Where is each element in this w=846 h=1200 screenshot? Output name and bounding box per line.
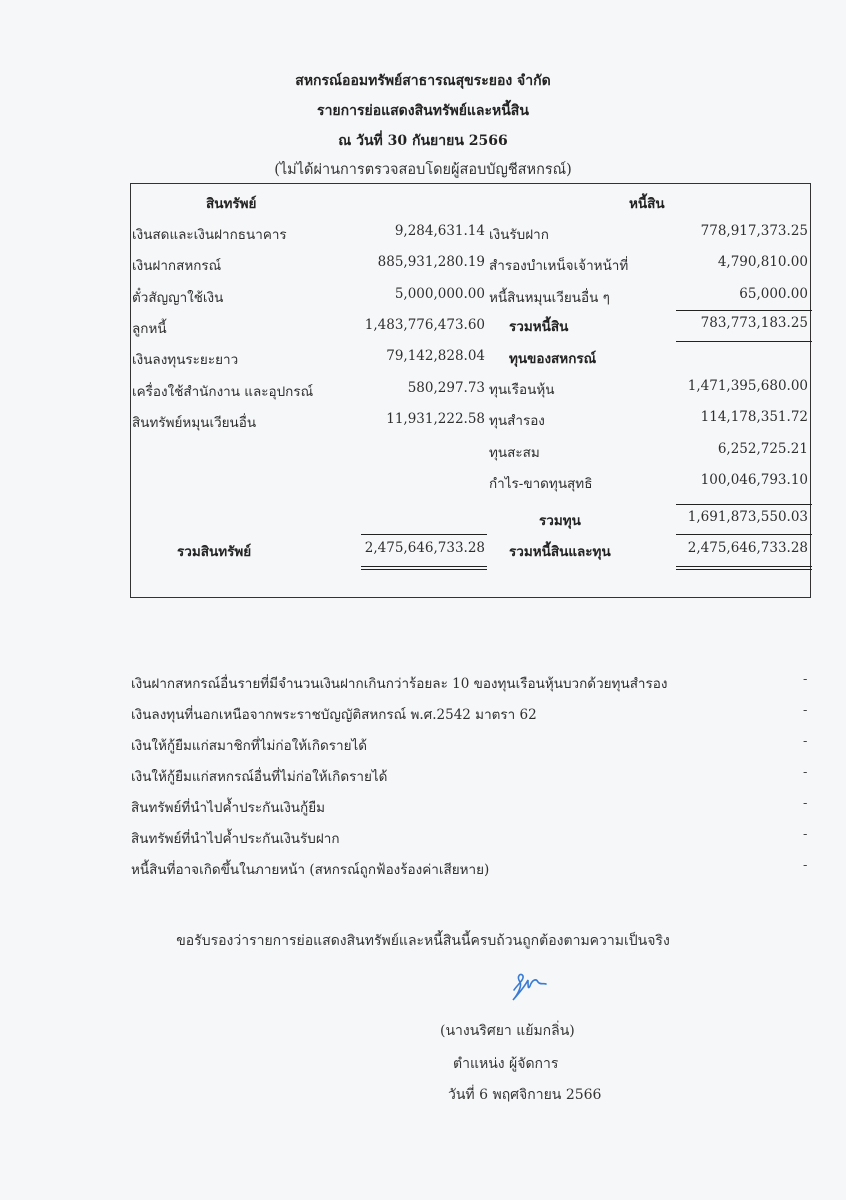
asset-item-label: เงินสดและเงินฝากธนาคาร (132, 223, 287, 245)
equity-item-label: ทุนเรือนหุ้น (489, 378, 554, 400)
asset-item-label: เงินฝากสหกรณ์ (132, 254, 221, 276)
signature-date: วันที่ 6 พฤศจิกายน 2566 (448, 1084, 601, 1106)
note-item-value: - (803, 703, 807, 718)
assets-total-label: รวมสินทรัพย์ (177, 540, 251, 562)
liabilities-total-value: 783,773,183.25 (676, 315, 808, 331)
note-item-label: สินทรัพย์ที่นำไปค้ำประกันเงินรับฝาก (131, 827, 340, 849)
liability-item-value: 65,000.00 (676, 286, 808, 302)
note-item-value: - (803, 858, 807, 873)
note-item-value: - (803, 734, 807, 749)
note-item-value: - (803, 827, 807, 842)
liabilities-subtotal-rule (676, 310, 812, 311)
asset-item-label: เครื่องใช้สำนักงาน และอุปกรณ์ (132, 380, 313, 402)
liabilities-total-rule (676, 341, 812, 342)
signature-mark (508, 970, 548, 1006)
note-item-label: เงินลงทุนที่นอกเหนือจากพระราชบัญญัติสหกร… (131, 703, 537, 725)
assets-total-value: 2,475,646,733.28 (361, 540, 485, 556)
equity-heading: ทุนของสหกรณ์ (509, 347, 596, 369)
note-item-value: - (803, 672, 807, 687)
note-item-value: - (803, 765, 807, 780)
equity-item-value: 100,046,793.10 (676, 472, 808, 488)
asset-item-label: สินทรัพย์หมุนเวียนอื่น (132, 411, 256, 433)
equity-subtotal-rule (676, 504, 812, 505)
assets-total-double-rule (361, 566, 487, 570)
equity-item-value: 1,471,395,680.00 (676, 378, 808, 394)
as-of-date: ณ วันที่ 30 กันยายน 2566 (0, 130, 846, 152)
note-item-label: เงินให้กู้ยืมแก่สมาชิกที่ไม่ก่อให้เกิดรา… (131, 734, 367, 756)
balance-sheet-table: สินทรัพย์ หนี้สิน เงินสดและเงินฝากธนาคาร… (130, 183, 811, 598)
signatory-name: (นางนริศยา แย้มกลิ่น) (440, 1020, 575, 1042)
grand-total-value: 2,475,646,733.28 (676, 540, 808, 556)
report-title: รายการย่อแสดงสินทรัพย์และหนี้สิน (0, 100, 846, 122)
asset-item-value: 1,483,776,473.60 (331, 317, 485, 333)
equity-item-label: ทุนสำรอง (489, 409, 545, 431)
certification-statement: ขอรับรองว่ารายการย่อแสดงสินทรัพย์และหนี้… (0, 930, 846, 952)
assets-subtotal-rule (361, 534, 487, 535)
assets-heading: สินทรัพย์ (206, 192, 256, 214)
equity-total-label: รวมทุน (539, 509, 581, 531)
note-item-label: หนี้สินที่อาจเกิดขึ้นในภายหน้า (สหกรณ์ถู… (131, 858, 489, 880)
liability-item-value: 778,917,373.25 (676, 223, 808, 239)
liability-item-label: สำรองบำเหน็จเจ้าหน้าที่ (489, 254, 628, 276)
equity-item-label: กำไร-ขาดทุนสุทธิ (489, 472, 592, 494)
note-item-value: - (803, 796, 807, 811)
asset-item-value: 9,284,631.14 (331, 223, 485, 239)
liabilities-total-label: รวมหนี้สิน (509, 315, 568, 337)
equity-item-label: ทุนสะสม (489, 441, 540, 463)
liabilities-heading: หนี้สิน (629, 192, 665, 214)
note-item-label: เงินให้กู้ยืมแก่สหกรณ์อื่นที่ไม่ก่อให้เก… (131, 765, 387, 787)
asset-item-value: 5,000,000.00 (331, 286, 485, 302)
asset-item-value: 79,142,828.04 (331, 348, 485, 364)
liability-item-label: หนี้สินหมุนเวียนอื่น ๆ (489, 286, 610, 308)
equity-total-rule (676, 534, 812, 535)
asset-item-value: 580,297.73 (331, 380, 485, 396)
note-item-label: เงินฝากสหกรณ์อื่นรายที่มีจำนวนเงินฝากเกิ… (131, 672, 667, 694)
equity-total-value: 1,691,873,550.03 (676, 509, 808, 525)
liability-item-label: เงินรับฝาก (489, 223, 549, 245)
note-item-label: สินทรัพย์ที่นำไปค้ำประกันเงินกู้ยืม (131, 796, 325, 818)
org-name: สหกรณ์ออมทรัพย์สาธารณสุขระยอง จำกัด (0, 70, 846, 92)
grand-total-double-rule (676, 566, 812, 570)
equity-item-value: 6,252,725.21 (676, 441, 808, 457)
asset-item-label: ตั๋วสัญญาใช้เงิน (132, 286, 223, 308)
liability-item-value: 4,790,810.00 (676, 254, 808, 270)
audit-note: (ไม่ได้ผ่านการตรวจสอบโดยผู้สอบบัญชีสหกรณ… (0, 158, 846, 181)
asset-item-label: ลูกหนี้ (132, 317, 167, 339)
asset-item-label: เงินลงทุนระยะยาว (132, 348, 238, 370)
equity-item-value: 114,178,351.72 (676, 409, 808, 425)
asset-item-value: 885,931,280.19 (331, 254, 485, 270)
grand-total-label: รวมหนี้สินและทุน (509, 540, 611, 562)
signatory-position: ตำแหน่ง ผู้จัดการ (453, 1053, 558, 1075)
asset-item-value: 11,931,222.58 (331, 411, 485, 427)
